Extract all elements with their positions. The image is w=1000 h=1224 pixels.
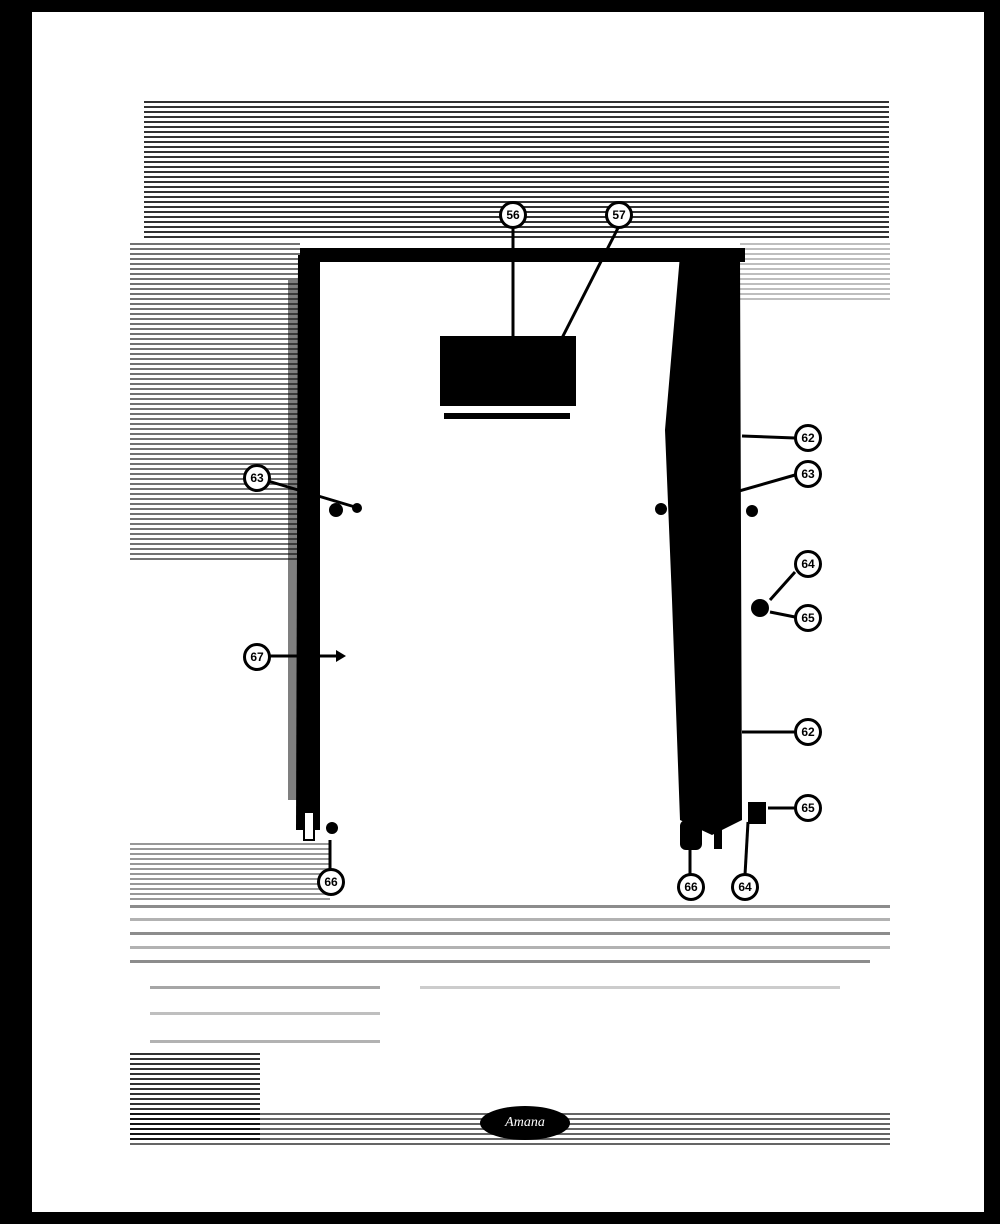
callout-label: 65 bbox=[801, 801, 814, 815]
callout-label: 65 bbox=[801, 611, 814, 625]
amana-logo: Amana bbox=[480, 1106, 570, 1140]
callout-63-right: 63 bbox=[794, 460, 822, 488]
callout-label: 66 bbox=[324, 875, 337, 889]
callout-label: 63 bbox=[801, 467, 814, 481]
callout-label: 64 bbox=[801, 557, 814, 571]
callout-label: 64 bbox=[738, 880, 751, 894]
callout-label: 57 bbox=[612, 208, 625, 222]
callout-66-bottom-right: 66 bbox=[677, 873, 705, 901]
callout-56: 56 bbox=[499, 201, 527, 229]
callout-label: 56 bbox=[506, 208, 519, 222]
callout-label: 63 bbox=[250, 471, 263, 485]
callout-64-mid: 64 bbox=[794, 550, 822, 578]
callout-64-bottom-right: 64 bbox=[731, 873, 759, 901]
callout-label: 66 bbox=[684, 880, 697, 894]
callout-66-bottom-left: 66 bbox=[317, 868, 345, 896]
callout-62-lower: 62 bbox=[794, 718, 822, 746]
callout-62-upper: 62 bbox=[794, 424, 822, 452]
callout-57: 57 bbox=[605, 201, 633, 229]
cabinet-right-wall bbox=[665, 255, 742, 835]
logo-text: Amana bbox=[505, 1115, 545, 1131]
callout-65-lower: 65 bbox=[794, 794, 822, 822]
callout-label: 62 bbox=[801, 431, 814, 445]
callout-63-left: 63 bbox=[243, 464, 271, 492]
control-housing bbox=[440, 336, 576, 406]
cabinet-top-edge bbox=[300, 248, 745, 262]
cabinet-diagram bbox=[0, 0, 1000, 1224]
callout-65-mid: 65 bbox=[794, 604, 822, 632]
callout-label: 67 bbox=[250, 650, 263, 664]
callout-67-left: 67 bbox=[243, 643, 271, 671]
callout-label: 62 bbox=[801, 725, 814, 739]
